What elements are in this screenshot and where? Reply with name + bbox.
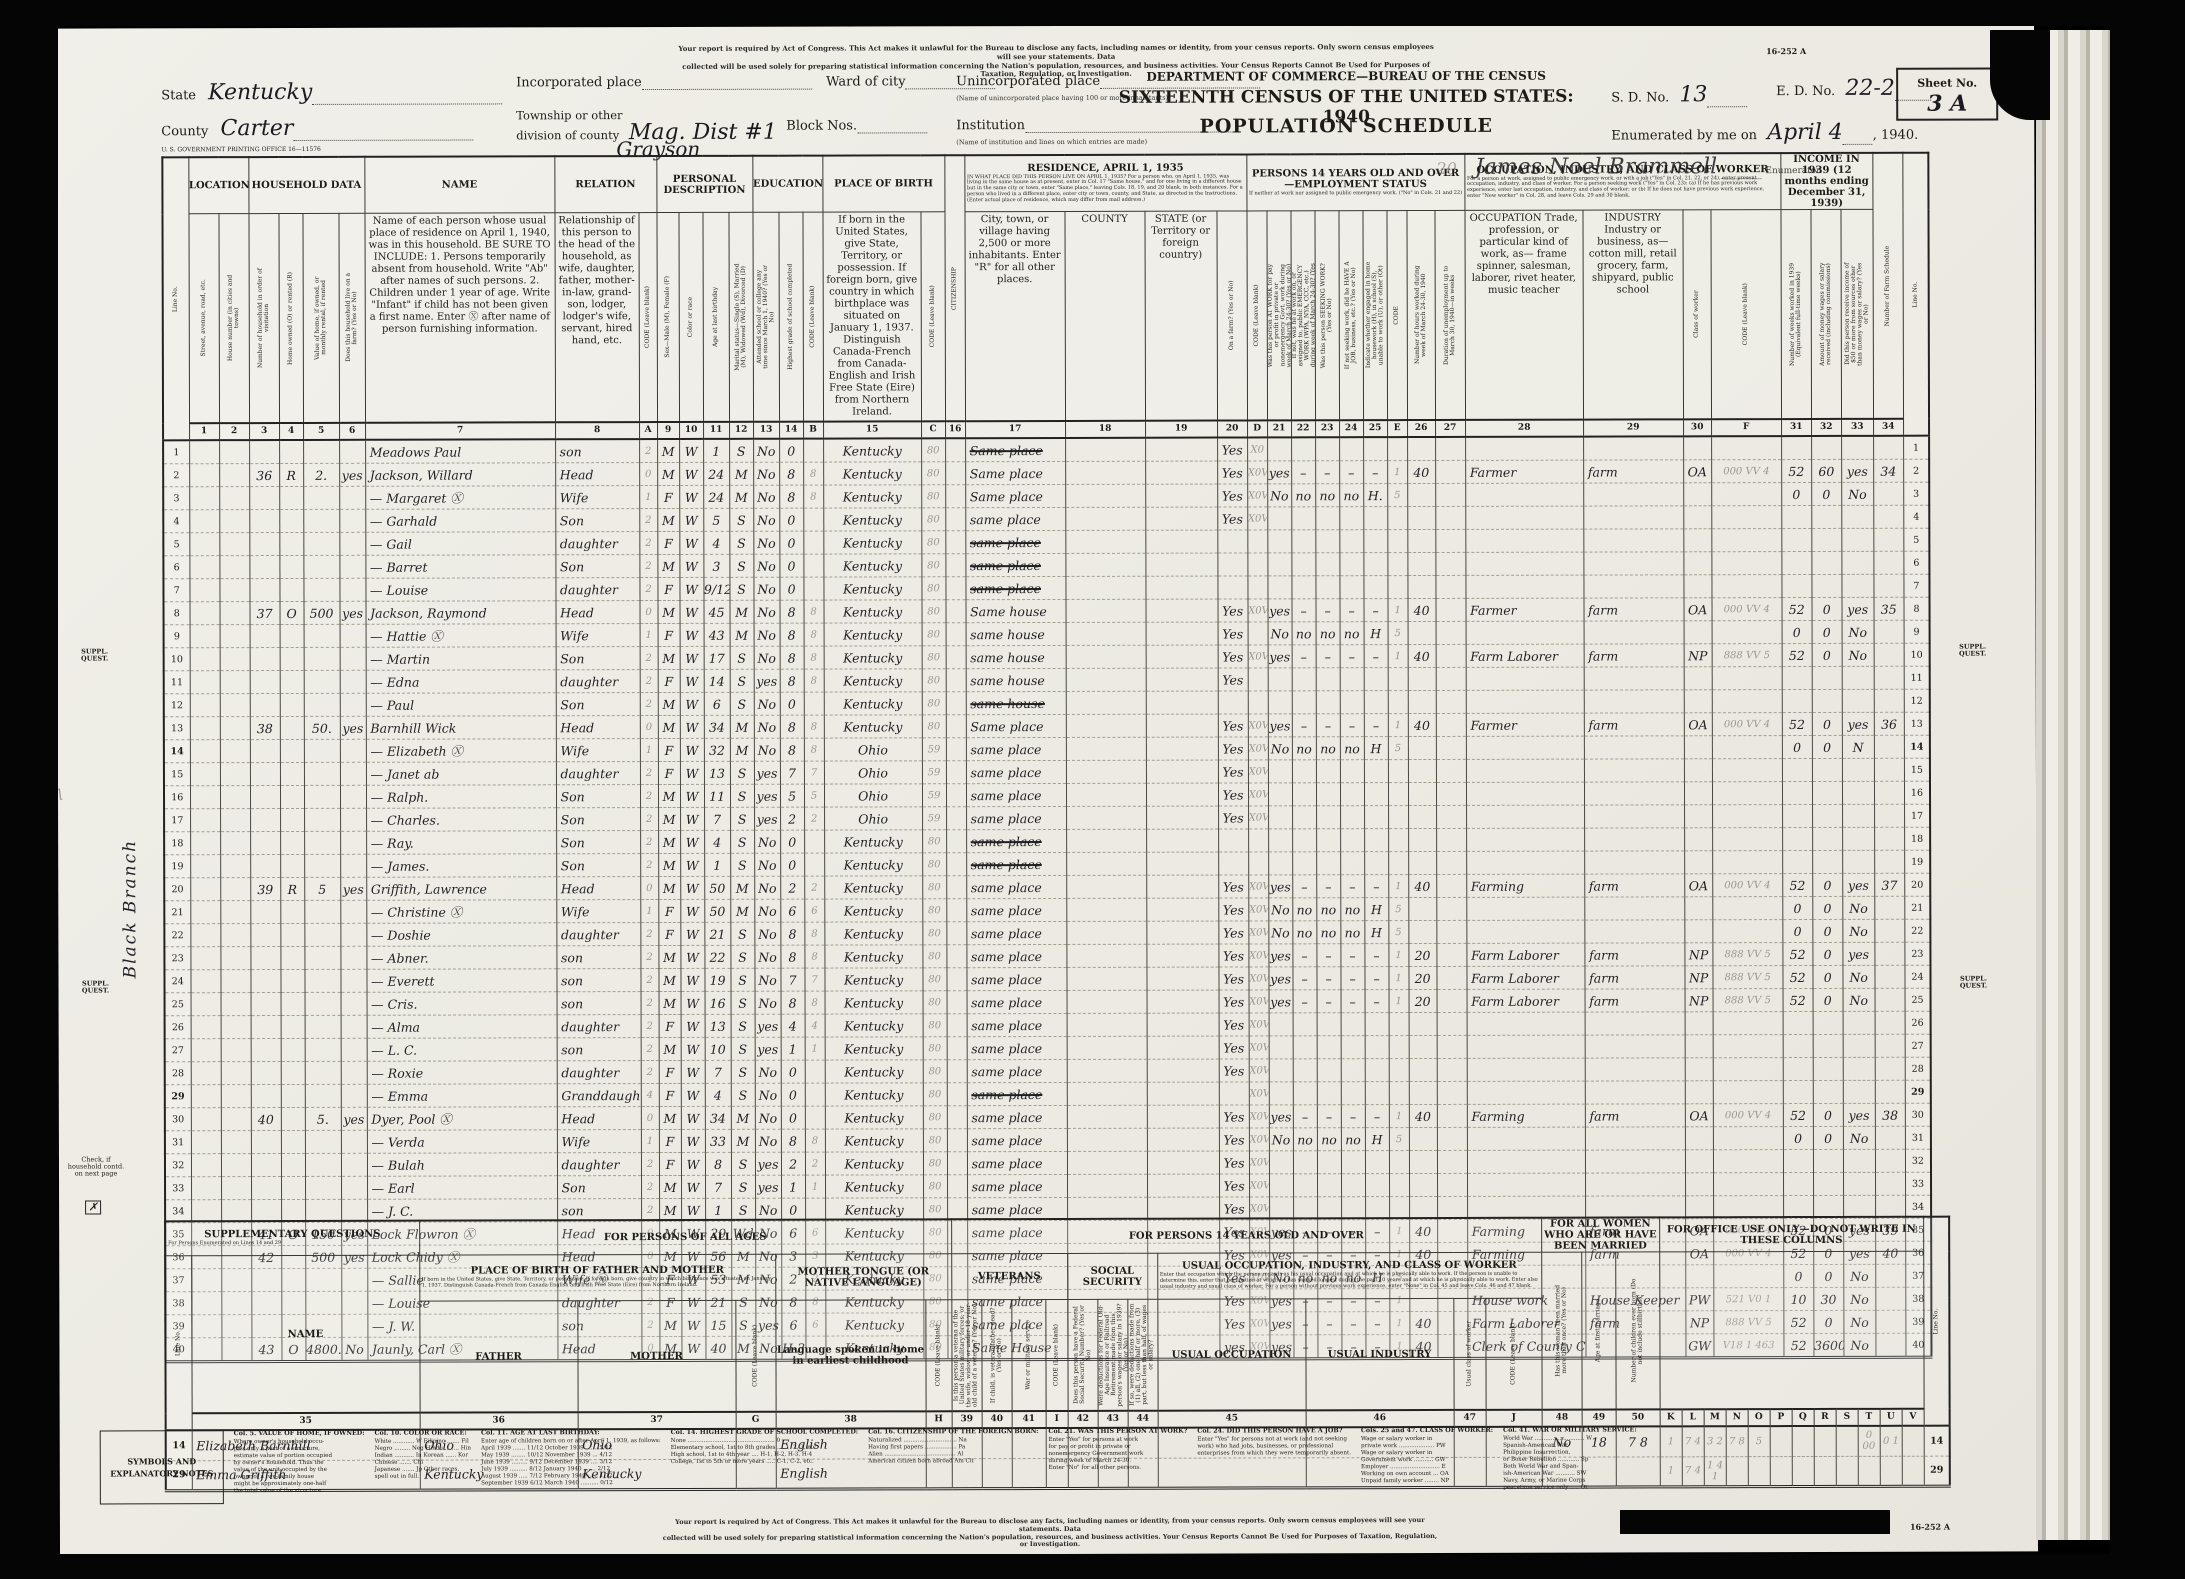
cell-w22 [1292, 806, 1316, 829]
cell-w21: yes [1268, 599, 1292, 622]
cell-st [190, 602, 220, 625]
cell-wg [1811, 528, 1841, 551]
column-header: R [1814, 1409, 1836, 1426]
cell-ln2: 27 [1905, 1034, 1931, 1057]
cell-sc: No [754, 922, 780, 945]
cell-fs [1875, 942, 1905, 965]
cell-name: — Ray. [366, 831, 556, 854]
cell-occ [1467, 1058, 1585, 1081]
cell-w23 [1317, 1059, 1341, 1082]
cell-occ [1466, 759, 1584, 782]
cell-occ [1466, 736, 1584, 759]
cell-w24: – [1340, 944, 1364, 967]
cell-rel: Head [555, 463, 639, 486]
cell-w24: no [1340, 898, 1364, 921]
cell-ow [281, 1153, 305, 1176]
column-header: Q [1792, 1409, 1814, 1426]
cell-gr: 1 [781, 1037, 805, 1060]
column-header: Marital status—Single (S), Married (M), … [729, 212, 754, 422]
cell-sc: No [754, 830, 780, 853]
household-continued-label: Check, if household contd. on next page [67, 1156, 125, 1178]
cell-c: 80 [922, 577, 946, 600]
cell-w21 [1268, 829, 1292, 852]
cell-c: 80 [922, 853, 946, 876]
cell-state [1147, 1105, 1219, 1128]
cell-bp: Ohio [824, 738, 922, 761]
cell-w21: yes [1268, 875, 1292, 898]
cell-cw: NP [1685, 966, 1713, 989]
cell-state [1146, 783, 1218, 806]
cell-wg: 0 [1813, 1103, 1843, 1126]
cell-d27 [1436, 598, 1466, 621]
cell-w25: H. [1363, 484, 1387, 507]
cell-f20 [1218, 829, 1248, 852]
census-sheet: Your report is required by Act of Congre… [56, 23, 2038, 1556]
cell-h26 [1408, 667, 1436, 690]
cell-name: — Barret [365, 555, 555, 578]
note-line: College, 1st to 5th or more years ..... … [671, 1458, 859, 1465]
cell-ow [280, 693, 304, 716]
cell-w23: no [1317, 1128, 1341, 1151]
cell-rc: W [681, 1129, 705, 1152]
cell-ln: 20 [164, 878, 190, 901]
cell-d: X0V2 [1248, 875, 1268, 898]
cell-hh [249, 487, 279, 510]
cell-state [1146, 645, 1218, 668]
column-header: RESIDENCE, APRIL 1, 1935IN WHAT PLACE DI… [964, 154, 1246, 211]
cell-d27 [1437, 1035, 1467, 1058]
column-header: If born in the United States, give State… [823, 212, 922, 422]
cell-gr: 8 [779, 462, 803, 485]
cell-e [1388, 691, 1408, 714]
cell-c: 80 [921, 554, 945, 577]
cell-d: X0V2 [1249, 1174, 1269, 1197]
explanatory-notes: SYMBOLS AND EXPLANATORY NOTES Col. 5. VA… [100, 1426, 1980, 1505]
cell-mr: S [731, 1152, 755, 1175]
cell-ag: 16 [705, 991, 731, 1014]
cell-state [1146, 714, 1218, 737]
cell-w21 [1269, 1151, 1293, 1174]
cell-fs: 36 [1874, 712, 1904, 735]
cell-ct [947, 1014, 967, 1037]
cell-st [190, 763, 220, 786]
cell-ln: 18 [164, 832, 190, 855]
note-block: Col. 16. CITIZENSHIP OF THE FOREIGN BORN… [868, 1428, 1038, 1465]
cell-c: 80 [921, 485, 945, 508]
cell-gr: 0 [781, 1106, 805, 1129]
column-header: 12 [729, 422, 753, 439]
cell-hn [220, 855, 250, 878]
cell-ow [280, 900, 304, 923]
cell-w21: yes [1267, 461, 1291, 484]
cell-w24: no [1340, 921, 1364, 944]
column-header: 4 [279, 423, 303, 440]
cell-state [1146, 599, 1218, 622]
population-schedule-table: Line No.LOCATIONHOUSEHOLD DATANAMERELATI… [161, 152, 1932, 1364]
cell-name: Barnhill Wick [366, 716, 556, 739]
cell-w22 [1293, 1082, 1317, 1105]
cell-ln: 12 [164, 694, 190, 717]
cell-w22: – [1292, 645, 1316, 668]
cell-sx: F [659, 1129, 681, 1152]
cell-fm [341, 1015, 367, 1038]
column-header: 36 [420, 1412, 578, 1429]
cell-ag: 17 [704, 646, 730, 669]
cell-st [191, 1016, 221, 1039]
cell-w23: – [1315, 461, 1339, 484]
cell-sx: F [658, 761, 680, 784]
gpo-imprint: U. S. GOVERNMENT PRINTING OFFICE 16—1157… [161, 146, 321, 153]
cell-c: 80 [923, 1037, 947, 1060]
cell-hn [220, 740, 250, 763]
cell-cnty [1066, 783, 1146, 806]
cell-d27 [1436, 782, 1466, 805]
note-line: spell out in full. [375, 1473, 471, 1480]
cell-w22: no [1291, 484, 1315, 507]
cell-d27 [1435, 437, 1465, 461]
cell-ln: 27 [165, 1039, 191, 1062]
cell-w23: no [1316, 737, 1340, 760]
cell-wk [1783, 1172, 1813, 1195]
cell-occ [1466, 897, 1584, 920]
cell-oi: yes [1842, 712, 1874, 735]
cell-sx: F [658, 623, 680, 646]
cell-f [1713, 1012, 1783, 1035]
cell-vl [303, 578, 339, 601]
cell-d: X0V2 [1249, 1036, 1269, 1059]
cell-name: — Garhald [365, 509, 555, 532]
cell-wk: 0 [1782, 735, 1812, 758]
cell-res: same house [966, 668, 1066, 691]
column-header: 6 [339, 423, 365, 440]
cell-rel: Son [556, 785, 640, 808]
cell-c: 80 [923, 1106, 947, 1129]
cell-h26: 20 [1409, 966, 1437, 989]
cell-sx: F [659, 1060, 681, 1083]
enum-date-value: April 4 [1767, 120, 1843, 145]
cell-ind [1585, 1127, 1685, 1150]
cell-wk: 0 [1783, 1126, 1813, 1149]
cell-fm [340, 969, 366, 992]
cell-res: Same place [965, 461, 1065, 484]
cell-sx: M [657, 462, 679, 485]
column-header: RELATION [554, 156, 656, 213]
cell-rel: daughter [556, 923, 640, 946]
cell-res: same place [966, 783, 1066, 806]
cell-hn [220, 648, 250, 671]
cell-b [805, 1060, 825, 1083]
cell-w24 [1340, 691, 1364, 714]
cell-ln2: 20 [1904, 873, 1930, 896]
cell-cw: OA [1683, 460, 1711, 483]
cell-wg [1812, 781, 1842, 804]
cell-w25 [1363, 553, 1387, 576]
cell-st [191, 1131, 221, 1154]
cell-w23 [1316, 760, 1340, 783]
cell-fm: yes [340, 877, 366, 900]
cell-wk [1783, 1011, 1813, 1034]
cell-ct [946, 623, 966, 646]
cell-ag: 14 [704, 669, 730, 692]
cell-hn [219, 464, 249, 487]
cell-a: 0 [640, 601, 658, 624]
cell-ln2: 2 [1903, 459, 1929, 482]
cell-oi: No [1841, 482, 1873, 505]
cell-b [803, 439, 823, 463]
note-block: Col. 5. VALUE OF HOME, IF OWNED:Where ow… [234, 1430, 365, 1495]
cell-e [1389, 1013, 1409, 1036]
cell-w23: – [1316, 599, 1340, 622]
cell-a: 4 [641, 1084, 659, 1107]
cell-wk [1781, 528, 1811, 551]
cell-a: 2 [640, 854, 658, 877]
cell-mr: S [730, 577, 754, 600]
cell-b: 8 [804, 600, 824, 623]
cell-ln2: 33 [1905, 1172, 1931, 1195]
cell-d: X0V2 [1248, 599, 1268, 622]
cell-gr: 0 [779, 439, 803, 463]
cell-e: 5 [1388, 898, 1408, 921]
cell-cw [1684, 782, 1712, 805]
cell-name: — Earl [367, 1176, 557, 1199]
cell-ct [945, 438, 965, 462]
cell-vl [304, 900, 340, 923]
block-field: Block Nos. [786, 118, 927, 133]
cell-bp: Kentucky [824, 876, 922, 899]
cell-w21 [1268, 691, 1292, 714]
cell-w23: – [1316, 875, 1340, 898]
cell-fm [339, 532, 365, 555]
cell-state [1147, 967, 1219, 990]
cell-st [190, 648, 220, 671]
cell-a: 2 [639, 439, 657, 463]
cell-sx: M [657, 439, 679, 463]
cell-occ [1467, 1150, 1585, 1173]
cell-ln: 26 [165, 1016, 191, 1039]
cell-cnty [1067, 1105, 1147, 1128]
cell-e: 5 [1387, 484, 1407, 507]
cell-state [1147, 1174, 1219, 1197]
column-header: Number of children ever born (Do not inc… [1615, 1252, 1659, 1410]
column-header: 50 [1616, 1409, 1660, 1426]
cell-mr: M [730, 899, 754, 922]
cell-w24 [1339, 553, 1363, 576]
column-header: VETERANS [951, 1253, 1067, 1299]
cell-sx: M [657, 554, 679, 577]
cell-e [1387, 530, 1407, 553]
column-header: 45 [1158, 1410, 1306, 1427]
cell-f [1711, 483, 1781, 506]
cell-c: 80 [922, 899, 946, 922]
cell-res: same place [967, 1082, 1067, 1105]
column-header: 3 [249, 423, 279, 440]
column-header: On a farm? (Yes or No) [1217, 211, 1248, 421]
cell-st [189, 579, 219, 602]
cell-ind [1583, 506, 1683, 529]
cell-e: 1 [1389, 990, 1409, 1013]
cell-gr: 4 [781, 1014, 805, 1037]
cell-d27 [1436, 805, 1466, 828]
cell-d [1248, 622, 1268, 645]
cell-vl [304, 969, 340, 992]
cell-hn [220, 809, 250, 832]
cell-sc: No [753, 485, 779, 508]
cell-rel: daughter [557, 1015, 641, 1038]
cell-w21 [1267, 530, 1291, 553]
cell-oi: yes [1841, 459, 1873, 482]
cell-fs [1875, 1057, 1905, 1080]
cell-f20: Yes [1218, 737, 1248, 760]
column-header: 48 [1542, 1410, 1582, 1427]
cell-fm [341, 1084, 367, 1107]
cell-name: — L. C. [367, 1038, 557, 1061]
cell-vl [304, 946, 340, 969]
cell-a: 1 [640, 900, 658, 923]
cell-sc: No [755, 991, 781, 1014]
column-header: Value of home, if owned, or monthly rent… [303, 213, 340, 423]
cell-ln2: 21 [1904, 896, 1930, 919]
cell-state [1147, 1082, 1219, 1105]
cell-gr: 8 [780, 646, 804, 669]
cell-b: 1 [805, 1037, 825, 1060]
cell-cw [1684, 690, 1712, 713]
cell-ow [280, 831, 304, 854]
cell-hn [221, 1085, 251, 1108]
cell-bp: Kentucky [824, 715, 922, 738]
cell-ag: 4 [704, 830, 730, 853]
cell-fs [1874, 827, 1904, 850]
cell-b [804, 577, 824, 600]
cell-name: — Edna [366, 670, 556, 693]
cell-w22: no [1292, 921, 1316, 944]
cell-fs [1874, 850, 1904, 873]
cell-d27 [1435, 552, 1465, 575]
cell-f20: Yes [1218, 783, 1248, 806]
cell-h26 [1408, 805, 1436, 828]
cell-name: — Martin [366, 647, 556, 670]
note-block: Col. 21. WAS THIS PERSON AT WORK?Enter "… [1048, 1428, 1187, 1472]
cell-oi: No [1843, 988, 1875, 1011]
cell-mr: M [730, 876, 754, 899]
column-header: 17 [965, 421, 1065, 438]
note-block: Col. 24. DID THIS PERSON HAVE A JOB?Ente… [1197, 1427, 1351, 1457]
cell-e [1389, 1174, 1409, 1197]
cell-oi [1842, 574, 1874, 597]
cell-gr: 8 [779, 485, 803, 508]
cell-cnty [1066, 737, 1146, 760]
cell-res: same place [967, 1151, 1067, 1174]
cell-w24 [1340, 829, 1364, 852]
cell-fm [340, 762, 366, 785]
cell-w23 [1317, 1013, 1341, 1036]
cell-w25: – [1365, 990, 1389, 1013]
cell-wk [1782, 689, 1812, 712]
cell-a: 1 [641, 1130, 659, 1153]
cell-ind [1584, 621, 1684, 644]
cell-w23 [1316, 852, 1340, 875]
cell-ag: 24 [703, 462, 729, 485]
cell-d27 [1435, 460, 1465, 483]
cell-f [1713, 1081, 1783, 1104]
cell-w23 [1315, 437, 1339, 461]
cell-wk [1782, 758, 1812, 781]
cell-w25 [1365, 1013, 1389, 1036]
note-title: Col. 11. AGE AT LAST BIRTHDAY: [481, 1429, 661, 1437]
cell-sx: F [658, 577, 680, 600]
sheet-number-value: 3 A [1927, 91, 1967, 117]
cell-f [1712, 621, 1782, 644]
column-header: PERSONAL DESCRIPTION [656, 156, 752, 213]
cell-oi [1843, 1011, 1875, 1034]
cell-ow [280, 785, 304, 808]
cell-sx: M [658, 646, 680, 669]
cell-w23 [1316, 806, 1340, 829]
cell-bp: Kentucky [825, 1106, 923, 1129]
cell-fs [1874, 735, 1904, 758]
cell-f [1711, 436, 1781, 460]
cell-w24: – [1340, 599, 1364, 622]
cell-d [1247, 530, 1267, 553]
cell-oi: N [1842, 735, 1874, 758]
cell-f20: Yes [1218, 645, 1248, 668]
cell-bp: Kentucky [823, 462, 921, 485]
note-title: Col. 16. CITIZENSHIP OF THE FOREIGN BORN… [868, 1428, 1038, 1436]
cell-ln2: 28 [1905, 1057, 1931, 1080]
cell-ind [1584, 805, 1684, 828]
column-header: 25 [1363, 420, 1387, 437]
cell-d: X0V2 [1249, 1151, 1269, 1174]
cell-state [1145, 553, 1217, 576]
cell-d: X0V2 [1249, 1082, 1269, 1105]
cell-hh [250, 786, 280, 809]
cell-vl [304, 647, 340, 670]
cell-h26 [1409, 1127, 1437, 1150]
cell-bp: Kentucky [823, 554, 921, 577]
cell-st [189, 440, 219, 464]
cell-w21 [1269, 1174, 1293, 1197]
cell-sc: No [755, 1129, 781, 1152]
cell-ct [946, 577, 966, 600]
cell-bp: Kentucky [825, 968, 923, 991]
cell-h26 [1409, 1058, 1437, 1081]
cell-cw [1684, 828, 1712, 851]
cell-vl [304, 923, 340, 946]
cell-w24 [1340, 668, 1364, 691]
cell-cw [1685, 1035, 1713, 1058]
column-header: House number (in cities and towns) [218, 214, 249, 424]
column-header: K [1660, 1409, 1682, 1426]
cell-ct [946, 830, 966, 853]
cell-sc: yes [755, 1175, 781, 1198]
cell-h26 [1408, 621, 1436, 644]
column-header: Name of each person whose usual place of… [365, 213, 556, 423]
column-header: 31 [1781, 419, 1811, 436]
cell-mr: S [731, 1083, 755, 1106]
cell-oi [1842, 850, 1874, 873]
cell-cw [1685, 1012, 1713, 1035]
note-line: American citizen born abroad Am Cit [868, 1458, 1038, 1465]
cell-sc: No [755, 1060, 781, 1083]
cell-h26 [1407, 552, 1435, 575]
cell-wg [1812, 551, 1842, 574]
cell-res: same place [966, 898, 1066, 921]
cell-state [1145, 438, 1217, 462]
cell-wk: 52 [1783, 965, 1813, 988]
cell-fm [339, 440, 365, 464]
cell-gr: 0 [781, 1083, 805, 1106]
cell-ind: farm [1584, 598, 1684, 621]
cell-ag: 7 [705, 1175, 731, 1198]
